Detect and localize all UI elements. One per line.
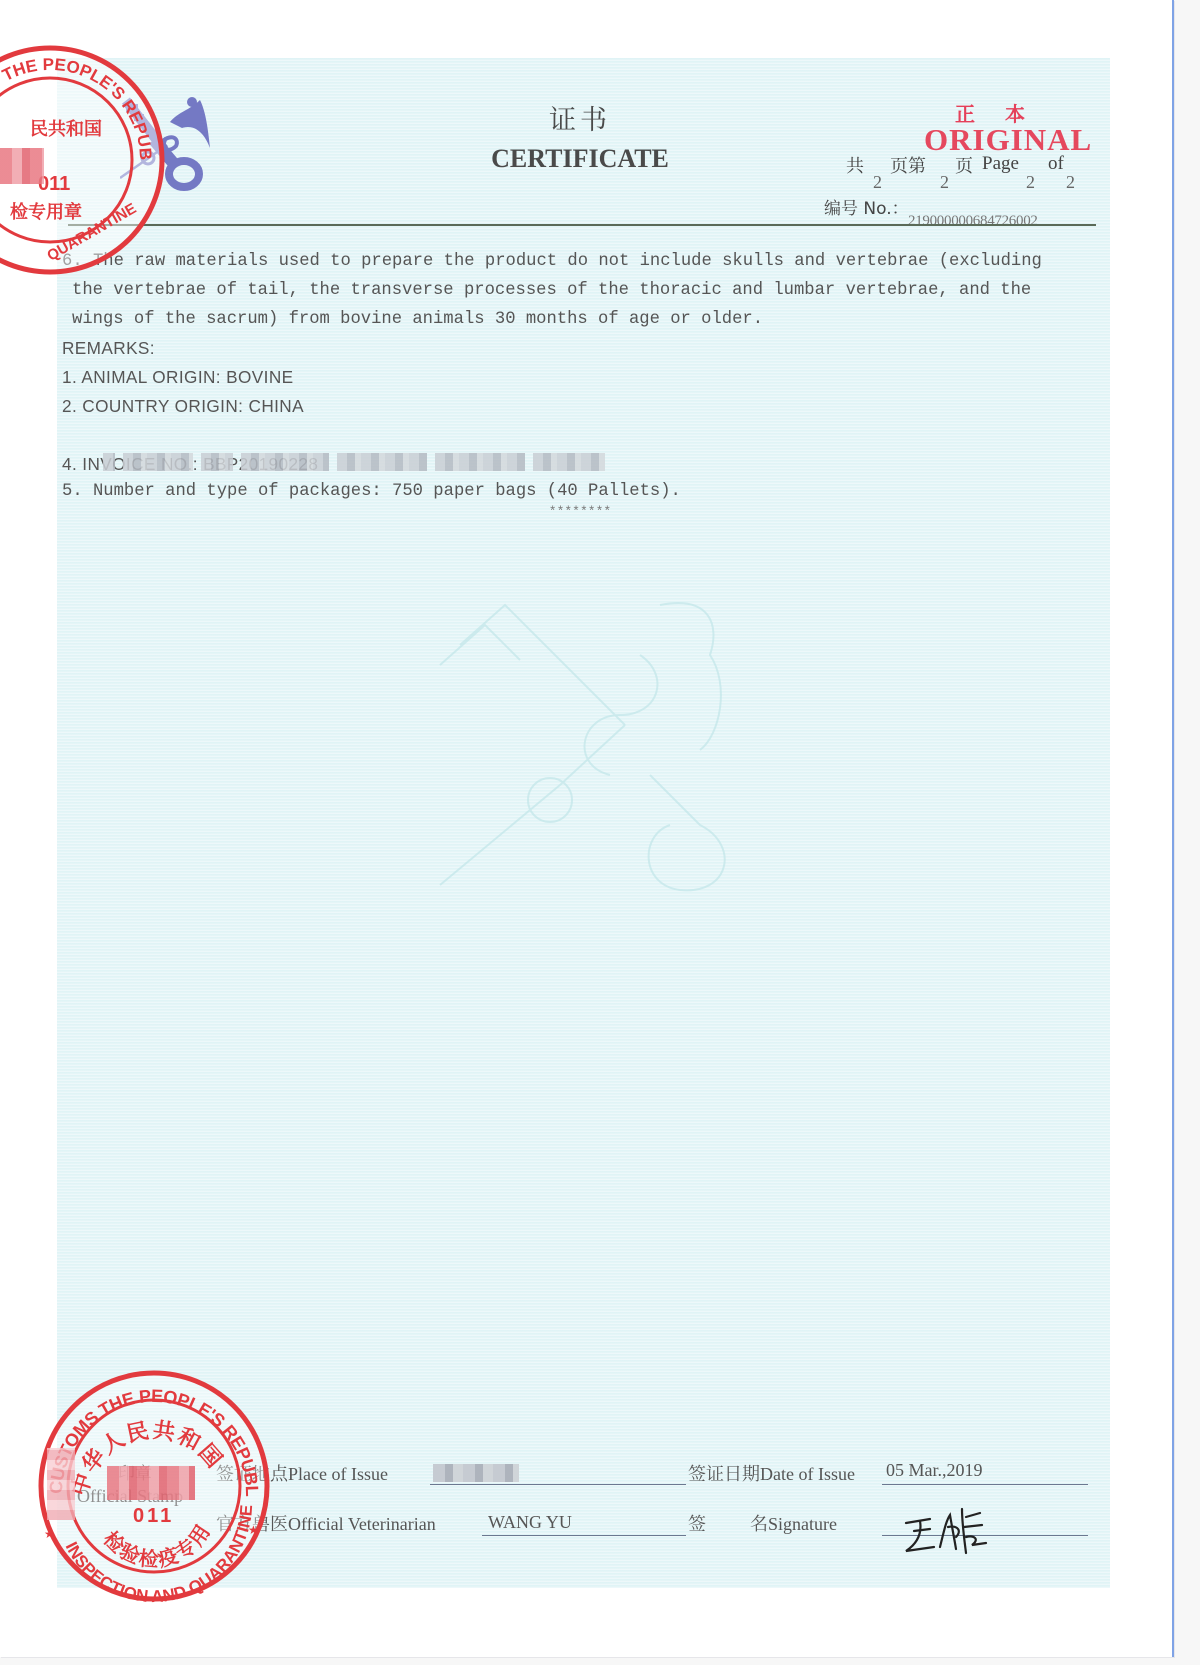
veterinarian-underline [482, 1535, 686, 1536]
header-divider [68, 224, 1096, 226]
remark-item-redacted [62, 421, 1102, 450]
end-marker: ******** [0, 504, 1160, 519]
page-suffix-label: 页 [955, 152, 973, 178]
page-current-value: 2 [940, 172, 949, 193]
svg-text:民共和国: 民共和国 [30, 118, 102, 140]
of-label-en: of [1048, 153, 1064, 175]
page-label-en: Page [982, 153, 1019, 175]
date-underline [882, 1484, 1088, 1485]
certificate-number-value: 219000000684726002 [908, 213, 1038, 230]
page-total-value: 2 [873, 172, 882, 193]
date-of-issue-value: 05 Mar.,2019 [886, 1460, 983, 1481]
signature-label: 名Signature [750, 1510, 837, 1536]
svg-text:检专用章: 检专用章 [10, 201, 82, 223]
svg-text:011: 011 [133, 1505, 174, 1527]
official-veterinarian-value: WANG YU [488, 1512, 572, 1533]
redacted-stamp-center [107, 1466, 195, 1500]
svg-text:★: ★ [44, 1527, 55, 1541]
place-underline [430, 1484, 686, 1485]
watermark-emblem-icon [410, 575, 740, 895]
handwritten-signature-icon [900, 1497, 1010, 1557]
certificate-number-label: 编号 No.： [824, 194, 909, 219]
remark-item: 1. ANIMAL ORIGIN: BOVINE [62, 363, 1102, 392]
place-of-issue-value [433, 1464, 519, 1482]
clause-6-line-3: wings of the sacrum) from bovine animals… [62, 306, 1102, 335]
signature-label-chinese: 签 [688, 1510, 706, 1536]
svg-text:★: ★ [248, 1523, 259, 1537]
remark-item: 5. Number and type of packages: 750 pape… [62, 478, 1102, 507]
remark-item: 2. COUNTRY ORIGIN: CHINA [62, 392, 1102, 421]
page-total-label: 共 [846, 152, 864, 178]
date-of-issue-label: 签证日期Date of Issue [688, 1460, 855, 1486]
redacted-stamp-left [47, 1448, 75, 1520]
clause-6-line-2: the vertebrae of tail, the transverse pr… [62, 277, 1102, 306]
redacted-stamp-area [0, 148, 44, 184]
page-of-total-value: 2 [1066, 172, 1075, 193]
clause-6-line-1: 6. The raw materials used to prepare the… [62, 248, 1102, 277]
page-current-en-value: 2 [1026, 172, 1035, 193]
remarks-heading: REMARKS: [62, 334, 1102, 363]
page-of-label: 页第 [890, 152, 926, 178]
certificate-body: 6. The raw materials used to prepare the… [62, 248, 1102, 507]
